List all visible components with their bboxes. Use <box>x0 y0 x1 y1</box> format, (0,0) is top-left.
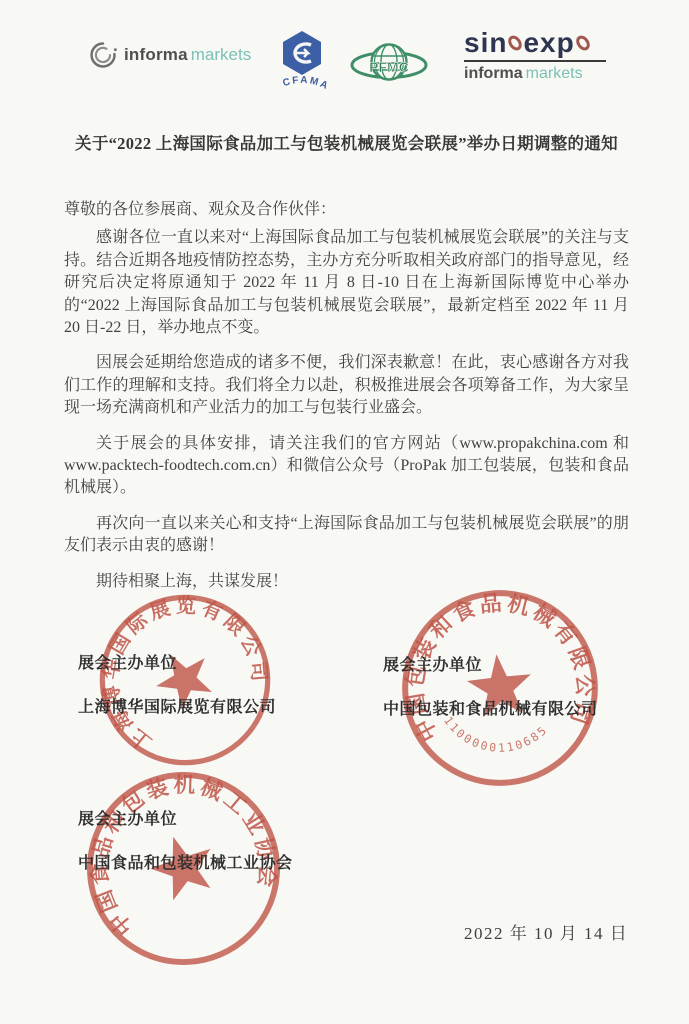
pfmc-logo: PFMC <box>350 42 428 86</box>
greeting-line: 尊敬的各位参展商、观众及合作伙伴： <box>64 199 629 221</box>
informa-brand-text: informa <box>124 45 188 64</box>
notice-title: 关于“2022 上海国际食品加工与包装机械展览会联展”举办日期调整的通知 <box>64 130 629 154</box>
cfama-label: CFAMA <box>282 75 332 90</box>
paragraph-3: 关于展会的具体安排，请关注我们的官方网站（www.propakchina.com… <box>64 433 629 500</box>
sinoexpo-leaf-icon <box>506 33 525 53</box>
cfama-logo: CFAMA <box>270 28 334 90</box>
svg-text:CFAMA: CFAMA <box>282 75 332 90</box>
organizer-company-name: 上海博华国际展览有限公司 <box>78 694 276 717</box>
paragraph-4: 再次向一直以来关心和支持“上海国际食品加工与包装机械展览会联展”的朋友们表示由衷… <box>64 513 629 558</box>
sinoexpo-subtext: informamarkets <box>464 65 606 83</box>
issue-date: 2022 年 10 月 14 日 <box>464 919 628 944</box>
sinoexpo-informa-text: informa <box>464 65 523 82</box>
paragraph-1: 感谢各位一直以来对“上海国际食品加工与包装机械展览会联展”的关注与支持。结合近期… <box>64 227 629 339</box>
informa-circle-icon <box>88 40 118 70</box>
company-seal-shanghai-bohua: 上海博华国际展览有限公司 <box>90 585 280 775</box>
sinoexpo-text-sin: sin <box>464 28 507 58</box>
notice-document-page: informamarkets CFAMA PFMC <box>0 0 689 1024</box>
organizer-company-name: 中国食品和包装机械工业协会 <box>78 850 293 873</box>
sinoexpo-wordmark: sinexp <box>464 28 606 58</box>
sinoexpo-text-exp: exp <box>523 28 574 58</box>
paragraph-2: 因展会延期给您造成的诸多不便，我们深表歉意！在此，衷心感谢各方对我们工作的理解和… <box>64 352 629 419</box>
sinoexpo-divider <box>464 60 606 62</box>
sinoexpo-markets-text: markets <box>526 65 583 82</box>
sinoexpo-logo: sinexp informamarkets <box>464 28 606 83</box>
organizer-role-label: 展会主办单位 <box>78 806 177 829</box>
informa-markets-text: markets <box>191 45 251 64</box>
sinoexpo-leaf-icon <box>573 33 592 53</box>
organizer-company-name: 中国包装和食品机械有限公司 <box>383 696 598 719</box>
organizer-role-label: 展会主办单位 <box>383 652 482 675</box>
pfmc-label: PFMC <box>369 59 409 75</box>
notice-body: 关于“2022 上海国际食品加工与包装机械展览会联展”举办日期调整的通知 尊敬的… <box>64 130 629 593</box>
company-seal-china-packaging-food-machinery: 中国包装和食品机械有限公司 1100000110685 <box>391 579 609 797</box>
organizer-role-label: 展会主办单位 <box>78 650 177 673</box>
informa-markets-logo: informamarkets <box>88 40 251 70</box>
